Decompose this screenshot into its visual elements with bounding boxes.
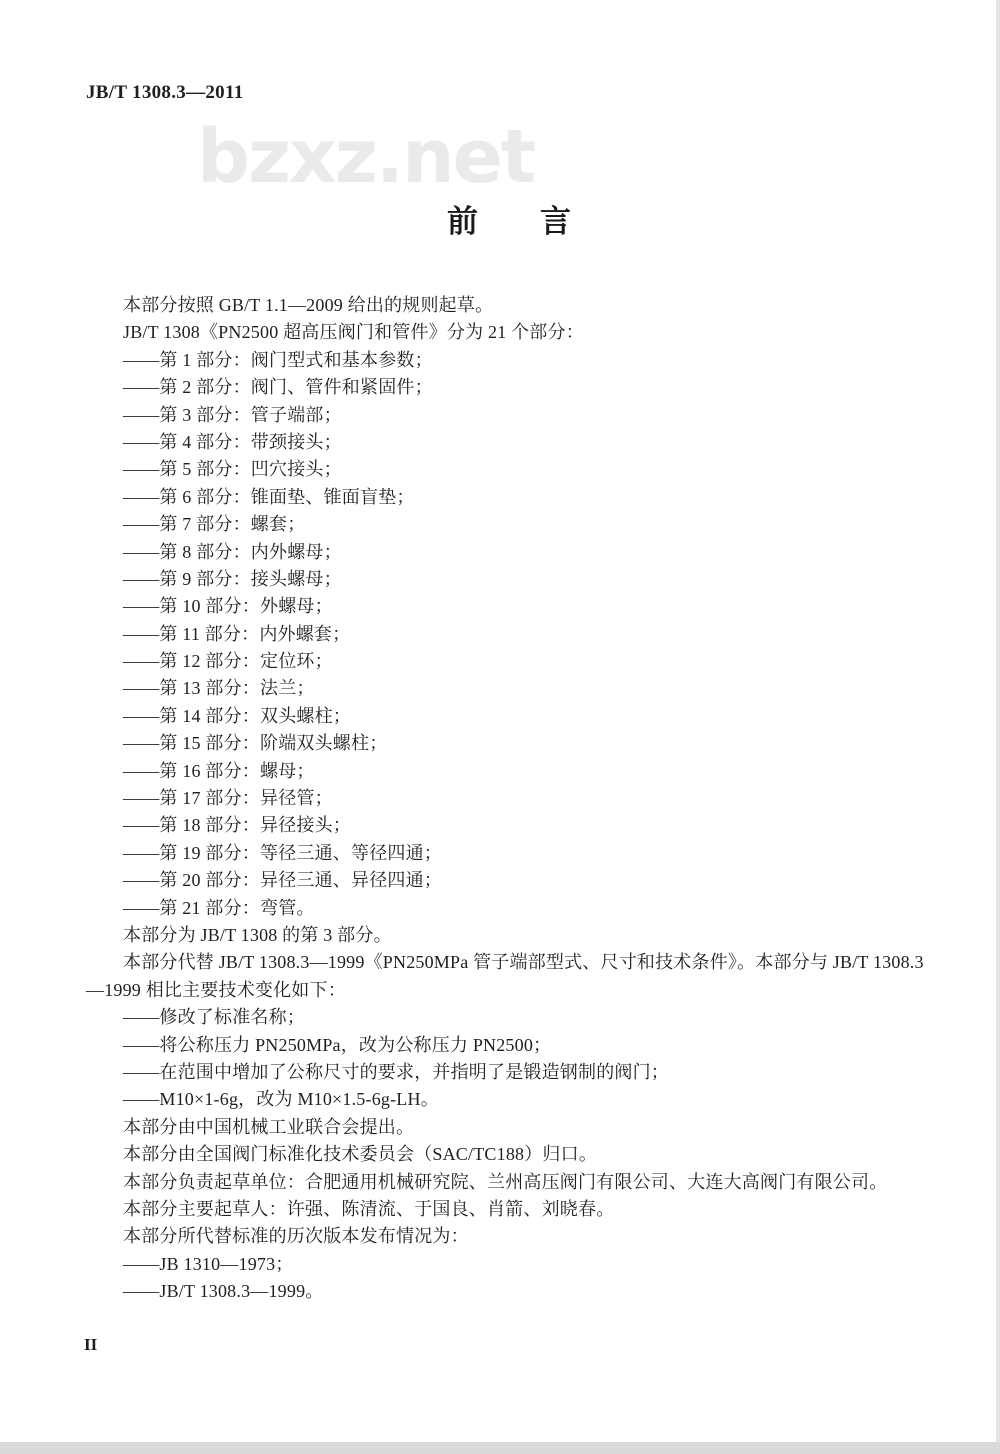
foreword-line: 本部分由中国机械工业联合会提出。 (86, 1114, 970, 1141)
foreword-line: 本部分代替 JB/T 1308.3—1999《PN250MPa 管子端部型式、尺… (86, 949, 970, 976)
foreword-line: —1999 相比主要技术变化如下： (86, 977, 970, 1004)
foreword-line: 本部分所代替标准的历次版本发布情况为： (86, 1223, 970, 1250)
foreword-line: ——第 8 部分：内外螺母； (86, 539, 970, 566)
foreword-line: 本部分为 JB/T 1308 的第 3 部分。 (86, 922, 970, 949)
foreword-line: ——第 16 部分：螺母； (86, 758, 970, 785)
foreword-line: ——第 6 部分：锥面垫、锥面盲垫； (86, 484, 970, 511)
foreword-line: ——第 3 部分：管子端部； (86, 402, 970, 429)
foreword-line: 本部分由全国阀门标准化技术委员会（SAC/TC188）归口。 (86, 1141, 970, 1168)
foreword-line: ——第 11 部分：内外螺套； (86, 621, 970, 648)
foreword-line: ——第 15 部分：阶端双头螺柱； (86, 730, 970, 757)
foreword-line: ——第 21 部分：弯管。 (86, 895, 970, 922)
foreword-line: ——第 19 部分：等径三通、等径四通； (86, 840, 970, 867)
foreword-line: ——M10×1-6g，改为 M10×1.5-6g-LH。 (86, 1086, 970, 1113)
foreword-line: ——第 5 部分：凹穴接头； (86, 456, 970, 483)
foreword-line: ——第 12 部分：定位环； (86, 648, 970, 675)
foreword-line: 本部分按照 GB/T 1.1—2009 给出的规则起草。 (86, 292, 970, 319)
scanned-standard-page: JB/T 1308.3—2011 bzxz.net 前 言 本部分按照 GB/T… (0, 0, 1000, 1454)
foreword-line: ——第 13 部分：法兰； (86, 675, 970, 702)
foreword-line: ——JB 1310—1973； (86, 1251, 970, 1278)
foreword-line: 本部分主要起草人：许强、陈清流、于国良、肖箭、刘晓春。 (86, 1196, 970, 1223)
foreword-line: ——第 1 部分：阀门型式和基本参数； (86, 347, 970, 374)
foreword-line: 本部分负责起草单位：合肥通用机械研究院、兰州高压阀门有限公司、大连大高阀门有限公… (86, 1169, 970, 1196)
foreword-line: ——第 10 部分：外螺母； (86, 593, 970, 620)
foreword-body: 本部分按照 GB/T 1.1—2009 给出的规则起草。JB/T 1308《PN… (86, 292, 970, 1305)
scan-edge-bottom (0, 1442, 1000, 1454)
watermark: bzxz.net (197, 120, 534, 194)
foreword-line: ——第 18 部分：异径接头； (86, 812, 970, 839)
foreword-line: ——第 9 部分：接头螺母； (86, 566, 970, 593)
foreword-line: JB/T 1308《PN2500 超高压阀门和管件》分为 21 个部分： (86, 319, 970, 346)
page-number: II (84, 1335, 97, 1355)
foreword-line: ——在范围中增加了公称尺寸的要求，并指明了是锻造钢制的阀门； (86, 1059, 970, 1086)
foreword-title: 前 言 (447, 196, 571, 241)
foreword-line: ——将公称压力 PN250MPa，改为公称压力 PN2500； (86, 1032, 970, 1059)
foreword-line: ——修改了标准名称； (86, 1004, 970, 1031)
foreword-line: ——JB/T 1308.3—1999。 (86, 1278, 970, 1305)
foreword-line: ——第 4 部分：带颈接头； (86, 429, 970, 456)
scan-edge-right (996, 0, 1000, 1454)
standard-number: JB/T 1308.3—2011 (86, 82, 244, 104)
foreword-line: ——第 17 部分：异径管； (86, 785, 970, 812)
foreword-line: ——第 7 部分：螺套； (86, 511, 970, 538)
foreword-line: ——第 20 部分：异径三通、异径四通； (86, 867, 970, 894)
foreword-line: ——第 2 部分：阀门、管件和紧固件； (86, 374, 970, 401)
foreword-line: ——第 14 部分：双头螺柱； (86, 703, 970, 730)
